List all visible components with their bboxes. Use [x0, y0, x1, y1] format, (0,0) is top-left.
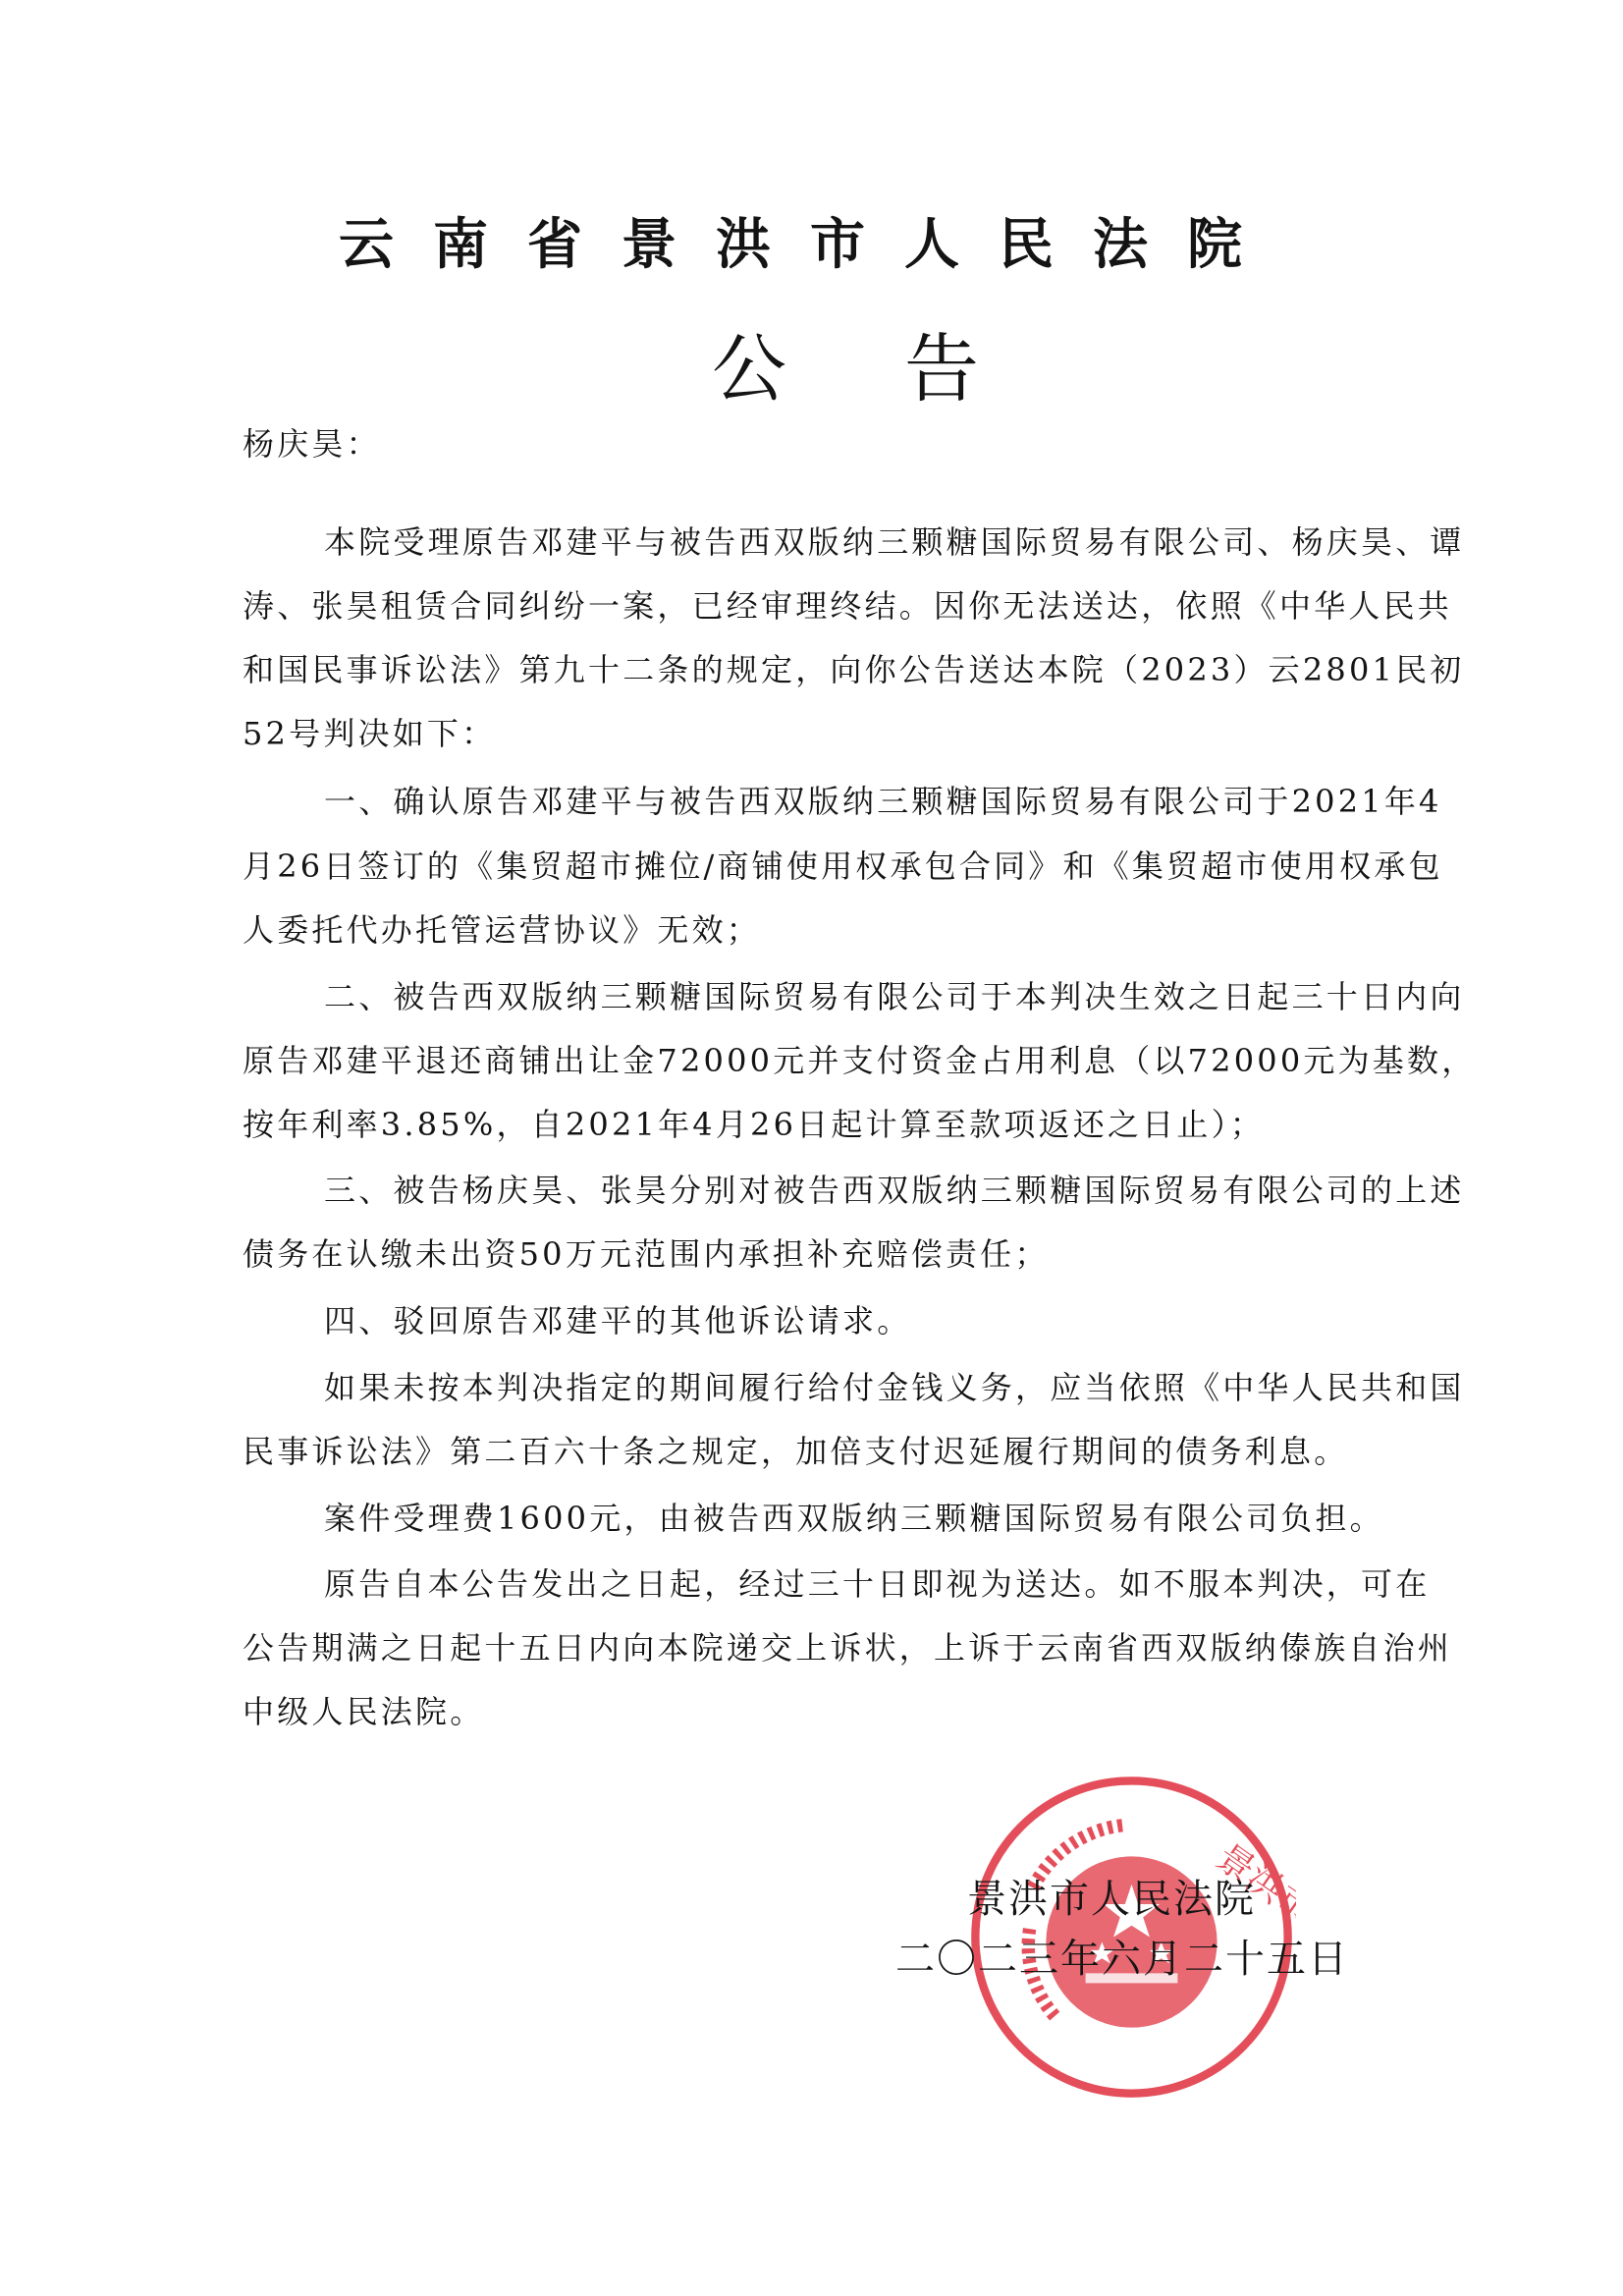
- judgment-item-3: 三、被告杨庆昊、张昊分别对被告西双版纳三颗糖国际贸易有限公司的上述: [324, 1171, 1465, 1210]
- paragraph-line: 民事诉讼法》第二百六十条之规定，加倍支付迟延履行期间的债务利息。: [243, 1432, 1348, 1471]
- paragraph-line: 52号判决如下：: [243, 714, 496, 753]
- judgment-item-4: 四、驳回原告邓建平的其他诉讼请求。: [324, 1301, 911, 1340]
- paragraph-line: 人委托代办托管运营协议》无效；: [243, 910, 761, 950]
- paragraph-line: 本院受理原告邓建平与被告西双版纳三颗糖国际贸易有限公司、杨庆昊、谭: [324, 522, 1465, 562]
- paragraph-line: 和国民事诉讼法》第九十二条的规定，向你公告送达本院（2023）云2801民初: [243, 650, 1464, 689]
- court-fee-line: 案件受理费1600元，由被告西双版纳三颗糖国际贸易有限公司负担。: [324, 1499, 1384, 1538]
- court-title: 云南省景洪市人民法院: [339, 201, 1370, 280]
- paragraph-line: 中级人民法院。: [243, 1692, 484, 1731]
- signature-date: 二〇二三年六月二十五日: [895, 1928, 1349, 1984]
- paragraph-line: 原告自本公告发出之日起，经过三十日即视为送达。如不服本判决，可在: [324, 1564, 1430, 1604]
- judgment-item-2: 二、被告西双版纳三颗糖国际贸易有限公司于本判决生效之日起三十日内向: [324, 977, 1465, 1016]
- addressee: 杨庆昊：: [243, 424, 381, 464]
- notice-title: 公告: [712, 309, 1097, 416]
- paragraph-line: 月26日签订的《集贸超市摊位/商铺使用权承包合同》和《集贸超市使用权承包: [243, 847, 1443, 886]
- paragraph-line: 公告期满之日起十五日内向本院递交上诉状，上诉于云南省西双版纳傣族自治州: [243, 1628, 1452, 1667]
- paragraph-line: 原告邓建平退还商铺出让金72000元并支付资金占用利息（以72000元为基数，: [243, 1041, 1476, 1080]
- paragraph-line: 如果未按本判决指定的期间履行给付金钱义务，应当依照《中华人民共和国: [324, 1368, 1465, 1407]
- signature-court: 景洪市人民法院: [967, 1868, 1256, 1924]
- paragraph-line: 按年利率3.85%，自2021年4月26日起计算至款项返还之日止）；: [243, 1105, 1265, 1144]
- paragraph-line: 涛、张昊租赁合同纠纷一案，已经审理终结。因你无法送达，依照《中华人民共: [243, 586, 1452, 626]
- judgment-item-1: 一、确认原告邓建平与被告西双版纳三颗糖国际贸易有限公司于2021年4: [324, 782, 1442, 821]
- paragraph-line: 债务在认缴未出资50万元范围内承担补充赔偿责任；: [243, 1234, 1050, 1274]
